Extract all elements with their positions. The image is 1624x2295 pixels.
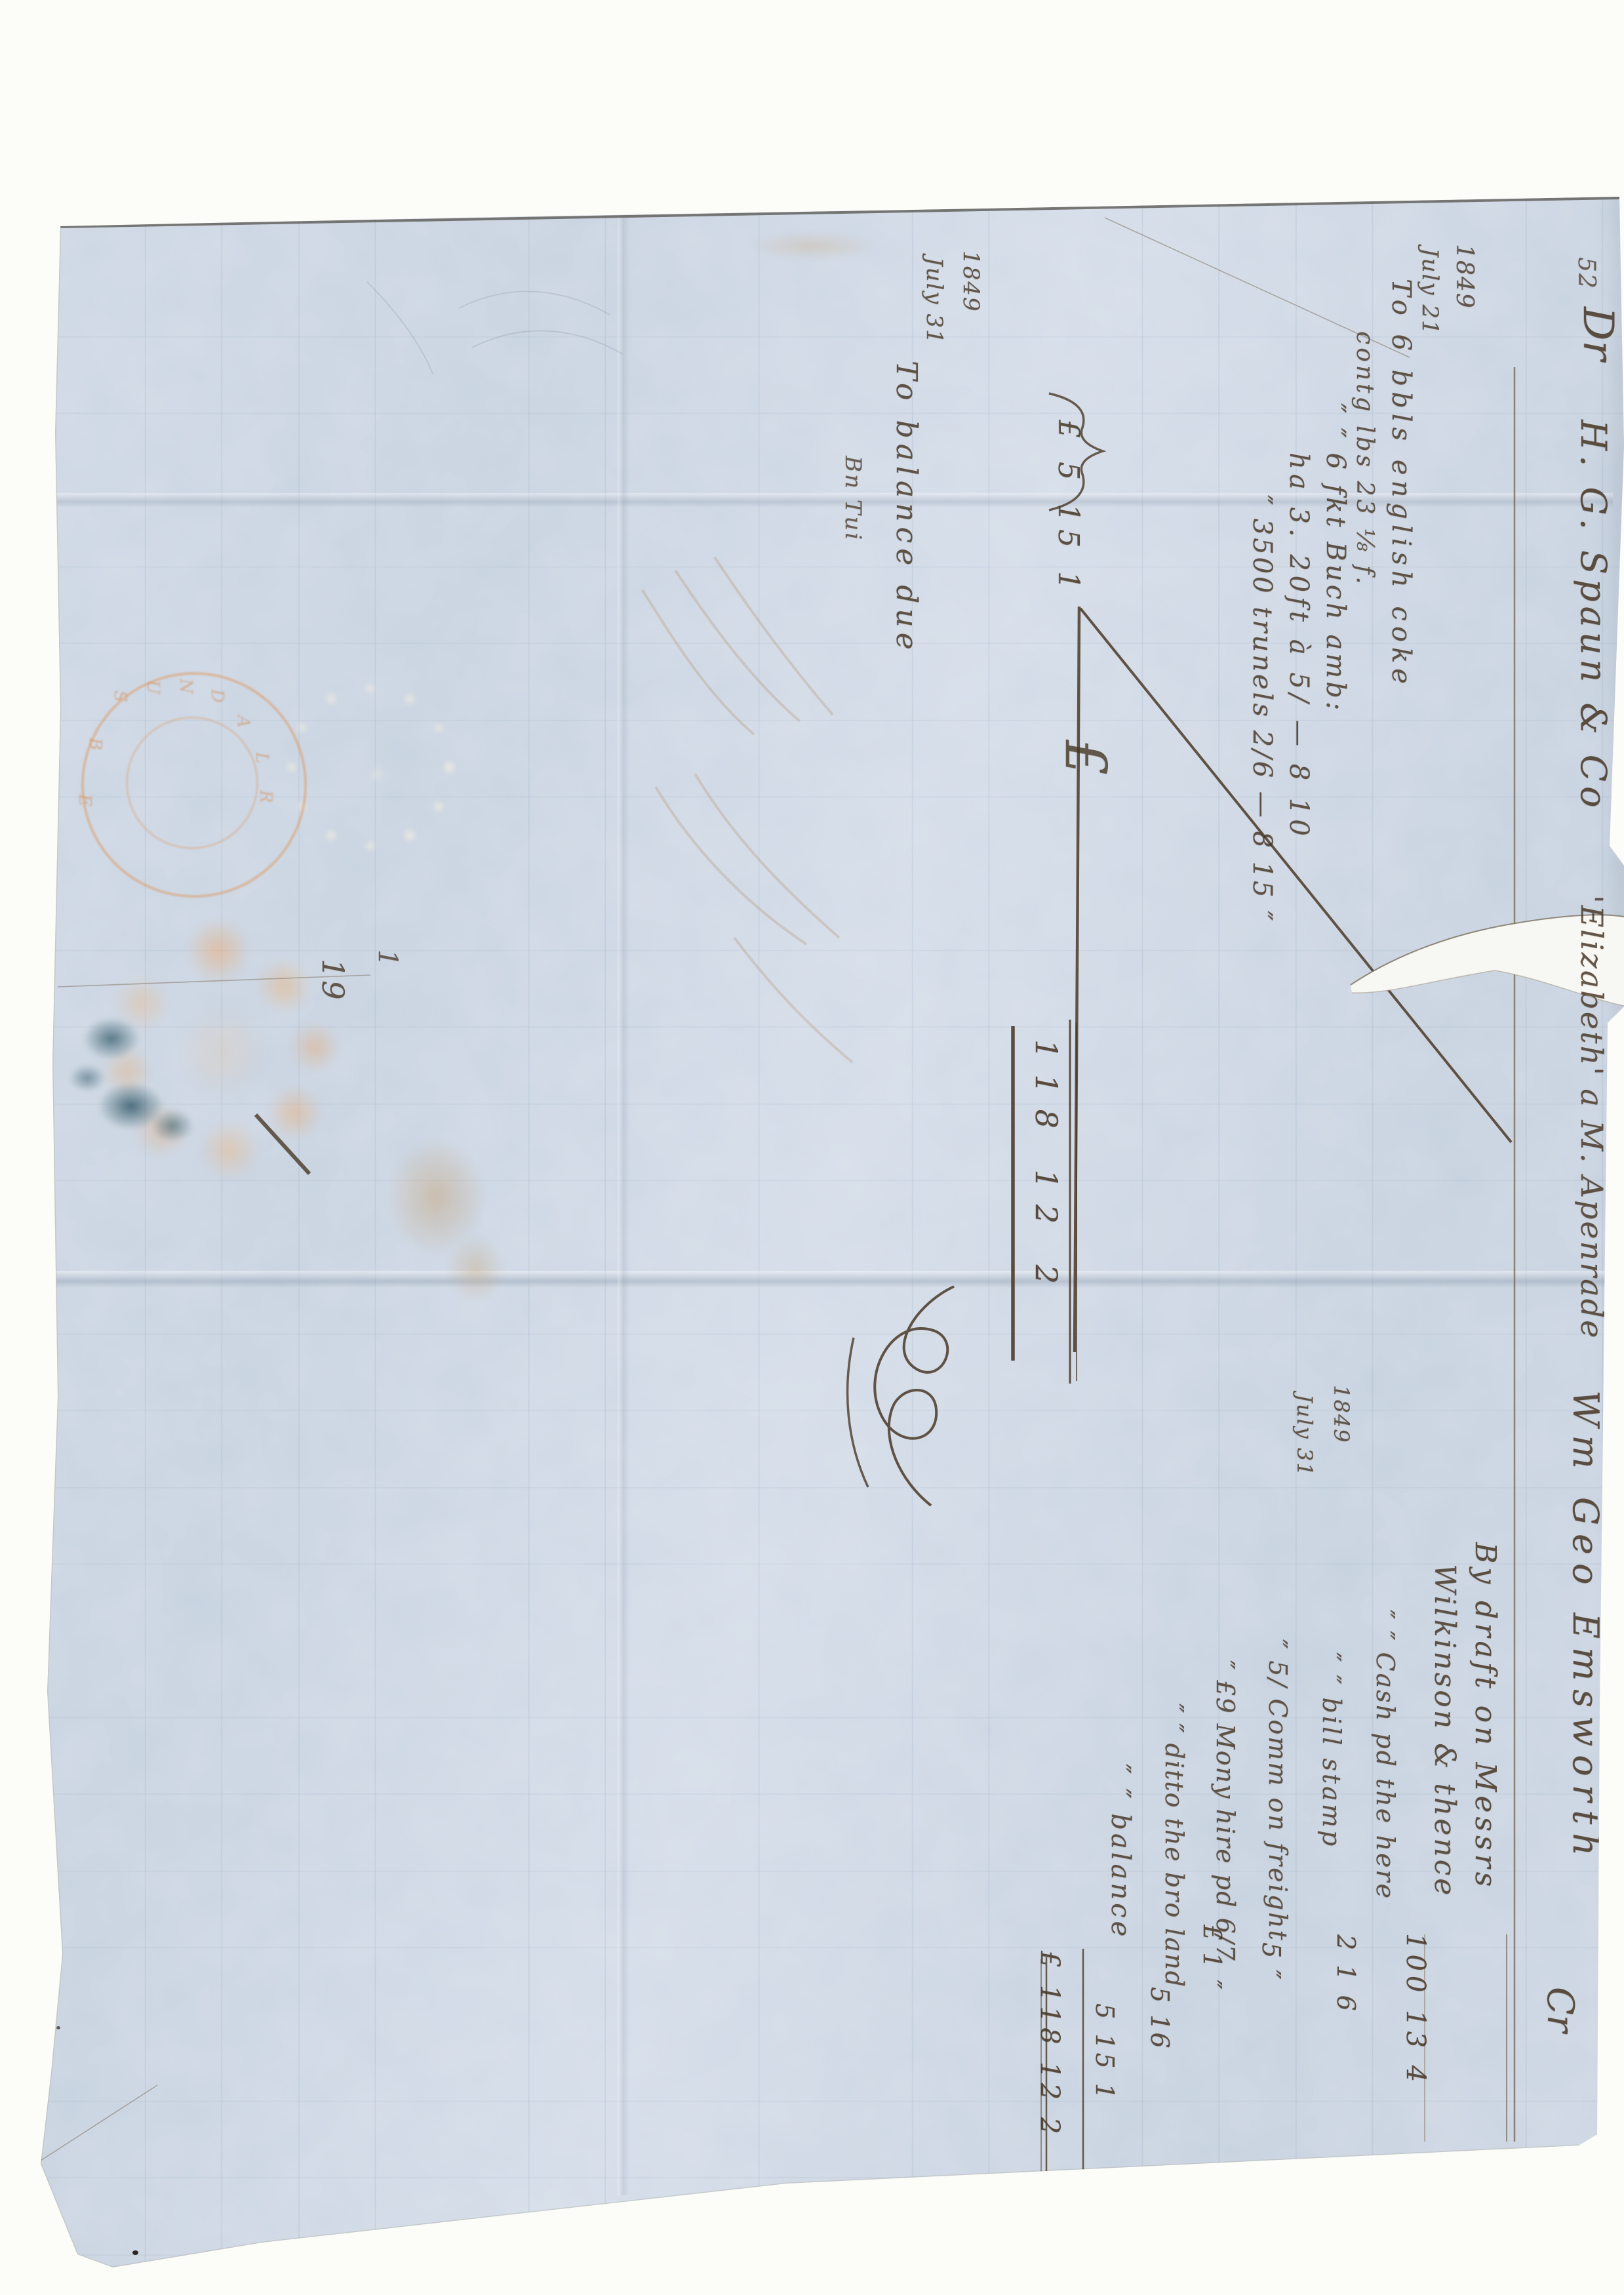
handwriting-line: ″ 5/ Comm on freight — [1264, 1639, 1290, 1942]
handwriting-line: ″ 3500 trunels 2/6 — 8 15 ″ — [1248, 495, 1276, 923]
handwriting-line: 100 13 4 — [1402, 1933, 1429, 2086]
handwriting-line: ″ ″ bill stamp — [1318, 1652, 1344, 1848]
handwriting-line: To 6 bbls english coke — [1387, 279, 1415, 689]
handwriting-line: Wilkinson & thence — [1429, 1564, 1459, 1898]
handwriting-line: £ — [1056, 740, 1115, 776]
handwriting-line: ha 3. 20ft à 5/ — 8 10 — [1285, 452, 1313, 841]
handwriting-line: ″ ″ Cash pd the here — [1372, 1610, 1398, 1900]
handwriting-line: £ 118 12 2 — [1036, 1951, 1063, 2138]
document-scan: SUNDALREB — [0, 0, 1624, 2295]
handwriting-line: ″ ″ 6 fkt Buch amb: — [1322, 403, 1349, 713]
handwriting-line: Cr — [1540, 1987, 1579, 2033]
paper-top-edge — [60, 198, 1619, 227]
handwriting-line: 2 1 6 — [1332, 1934, 1358, 2014]
handwriting-line: 19 — [317, 959, 349, 1003]
handwriting-line: July 31 — [1293, 1394, 1315, 1477]
handwriting-line: £ 1 ″ — [1198, 1925, 1225, 1991]
ghost-ink-offset — [643, 557, 852, 1062]
handwriting-line: 5 16 — [1146, 1987, 1172, 2050]
handwriting-line: Dr — [1575, 307, 1619, 361]
ink-strokes — [0, 0, 1624, 2295]
handwriting-line: 118 12 2 — [1031, 1039, 1062, 1300]
handwriting-line: ″ ″ ditto the bro land — [1160, 1704, 1187, 1988]
rate-slash — [256, 1115, 309, 1174]
handwriting-line: 5 15 1 — [1091, 2003, 1117, 2102]
handwriting-line: By draft on Messrs — [1470, 1542, 1500, 1890]
paper-left-edge — [41, 227, 113, 2267]
handwriting-line: July 31 — [922, 257, 945, 345]
paper: SUNDALREB — [0, 0, 1624, 2295]
handwriting-line: 5 ″ — [1258, 1942, 1284, 1981]
pencil-marks — [367, 282, 623, 374]
handwriting-line: contg lbs 23 ⅛ f. — [1352, 331, 1377, 588]
handwriting-line: Bn Tui — [841, 456, 864, 542]
handwriting-line: ″ ″ balance — [1107, 1764, 1134, 1940]
crease-lines — [41, 218, 1410, 2161]
handwriting-line: July 21 — [1417, 248, 1441, 336]
handwriting-line: H. G. Spaun & Co — [1574, 420, 1612, 812]
handwriting-line: £ 5 15 1 — [1053, 420, 1083, 597]
handwriting-line: To balance due — [891, 361, 921, 655]
handwriting-line: Wm Geo Emsworth — [1566, 1390, 1604, 1864]
handwriting-line: 1849 — [959, 250, 982, 313]
handwriting-line: 1849 — [1452, 244, 1476, 309]
handwriting-line: 'Elizabeth' a M. Apenrade — [1576, 895, 1608, 1340]
handwriting-line: ″ £9 Mony hire pd 6/7 — [1212, 1660, 1238, 1962]
handwriting-line: 1849 — [1330, 1385, 1352, 1443]
signature-flourish — [875, 1287, 954, 1506]
signature-flourish — [848, 1338, 868, 1487]
handwriting-line: 52 — [1574, 257, 1598, 290]
handwriting-line: 1 — [374, 949, 401, 966]
paper-bottom-edge — [113, 2145, 1579, 2267]
